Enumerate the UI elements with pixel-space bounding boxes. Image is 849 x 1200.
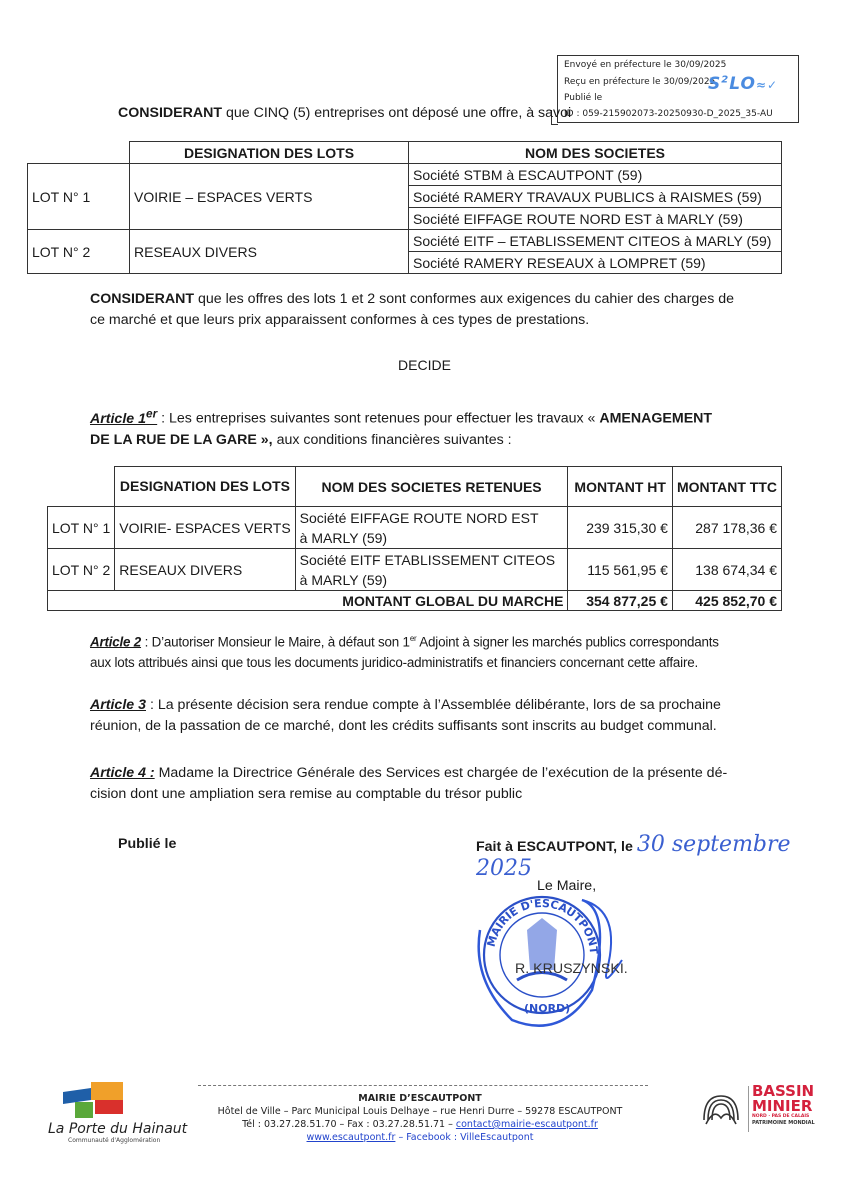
montant-ttc: 287 178,36 € — [672, 507, 781, 549]
societe-retenue: Société EIFFAGE ROUTE NORD ESTà MARLY (5… — [295, 507, 568, 549]
offers-table: DESIGNATION DES LOTS NOM DES SOCIETES LO… — [27, 141, 782, 274]
header-montant-ttc: MONTANT TTC — [672, 467, 781, 507]
considerant-1: CONSIDERANT que CINQ (5) entreprises ont… — [118, 103, 571, 124]
table-row: LOT N° 1 VOIRIE- ESPACES VERTS Société E… — [48, 507, 782, 549]
decide-heading: DECIDE — [0, 357, 849, 373]
total-ttc: 425 852,70 € — [672, 591, 781, 611]
total-ht: 354 877,25 € — [568, 591, 673, 611]
considerant-text-2: ce marché et que leurs prix apparaissent… — [90, 310, 734, 331]
empty-corner — [48, 467, 115, 507]
email-link[interactable]: contact@mairie-escautpont.fr — [456, 1119, 598, 1130]
footer-org: MAIRIE D’ESCAUTPONT — [150, 1092, 690, 1105]
societe: Société STBM à ESCAUTPONT (59) — [409, 164, 782, 186]
considerant-text: que CINQ (5) entreprises ont déposé une … — [222, 105, 571, 121]
footer-divider — [198, 1085, 648, 1086]
svg-text:(NORD): (NORD) — [524, 1002, 570, 1015]
societe: Société EITF – ETABLISSEMENT CITEOS à MA… — [409, 230, 782, 252]
article-1-label: Article 1er — [90, 411, 157, 427]
societe: Société RAMERY RESEAUX à LOMPRET (59) — [409, 252, 782, 274]
swoosh-icon: ≈✓ — [756, 78, 778, 92]
header-societes-retenues: NOM DES SOCIETES RETENUES — [295, 467, 568, 507]
societe: Société RAMERY TRAVAUX PUBLICS à RAISMES… — [409, 186, 782, 208]
total-label: MONTANT GLOBAL DU MARCHE — [48, 591, 568, 611]
article-1: Article 1er : Les entreprises suivantes … — [90, 403, 712, 451]
montant-ht: 239 315,30 € — [568, 507, 673, 549]
bassin-minier-logo: BASSIN MINIER NORD · PAS DE CALAIS PATRI… — [752, 1084, 815, 1127]
lot-number: LOT N° 1 — [48, 507, 115, 549]
awarded-table: DESIGNATION DES LOTS NOM DES SOCIETES RE… — [47, 466, 782, 611]
header-societes: NOM DES SOCIETES — [409, 142, 782, 164]
logo-divider — [748, 1086, 749, 1132]
website-link[interactable]: www.escautpont.fr — [307, 1132, 396, 1143]
empty-corner — [28, 142, 130, 164]
prefecture-stamp: Envoyé en préfecture le 30/09/2025 Reçu … — [557, 55, 799, 123]
lot-designation: VOIRIE – ESPACES VERTS — [130, 164, 409, 230]
considerant-keyword: CONSIDERANT — [118, 105, 222, 121]
facebook-link[interactable]: – Facebook : VilleEscautpont — [395, 1132, 533, 1143]
mayor-name: R. KRUSZYNSKI. — [515, 959, 628, 980]
considerant-2: CONSIDERANT que les offres des lots 1 et… — [90, 289, 734, 331]
footer-contact: Tél : 03.27.28.51.70 – Fax : 03.27.28.51… — [150, 1118, 690, 1131]
table-row: LOT N° 2 RESEAUX DIVERS Société EITF – E… — [28, 230, 782, 252]
lot-designation: RESEAUX DIVERS — [115, 549, 295, 591]
stamp-received: Reçu en préfecture le 30/09/2025 — [564, 77, 715, 87]
bassin-minier-fingerprint-icon — [700, 1090, 742, 1130]
lot-number: LOT N° 2 — [28, 230, 130, 274]
article-2: Article 2 : D’autoriser Monsieur le Mair… — [90, 628, 719, 673]
article-3: Article 3 : La présente décision sera re… — [90, 695, 721, 737]
header-designation: DESIGNATION DES LOTS — [130, 142, 409, 164]
considerant-keyword: CONSIDERANT — [90, 291, 194, 307]
societe: Société EIFFAGE ROUTE NORD EST à MARLY (… — [409, 208, 782, 230]
stamp-sent: Envoyé en préfecture le 30/09/2025 — [564, 60, 726, 70]
lot-number: LOT N° 2 — [48, 549, 115, 591]
stamp-id: ID : 059-215902073-20250930-D_2025_35-AU — [564, 109, 773, 119]
table-row: LOT N° 2 RESEAUX DIVERS Société EITF ETA… — [48, 549, 782, 591]
article-3-label: Article 3 — [90, 697, 146, 713]
footer-address: Hôtel de Ville – Parc Municipal Louis De… — [150, 1105, 690, 1118]
stamp-published: Publié le — [564, 93, 602, 103]
mayor-title: Le Maire, — [537, 876, 596, 897]
published-label: Publié le — [118, 834, 176, 855]
porte-du-hainaut-sub: Communauté d'Agglomération — [68, 1137, 160, 1144]
header-montant-ht: MONTANT HT — [568, 467, 673, 507]
article-4-label: Article 4 : — [90, 765, 155, 781]
considerant-text: que les offres des lots 1 et 2 sont conf… — [194, 291, 734, 307]
article-2-label: Article 2 — [90, 634, 141, 649]
table-row: LOT N° 1 VOIRIE – ESPACES VERTS Société … — [28, 164, 782, 186]
header-designation: DESIGNATION DES LOTS — [115, 467, 295, 507]
s2lo-logo: S2LO≈✓ — [708, 74, 778, 94]
footer-web: www.escautpont.fr – Facebook : VilleEsca… — [150, 1131, 690, 1144]
lot-designation: RESEAUX DIVERS — [130, 230, 409, 274]
lot-designation: VOIRIE- ESPACES VERTS — [115, 507, 295, 549]
societe-retenue: Société EITF ETABLISSEMENT CITEOSà MARLY… — [295, 549, 568, 591]
article-4: Article 4 : Madame la Directrice Général… — [90, 763, 727, 805]
montant-ht: 115 561,95 € — [568, 549, 673, 591]
total-row: MONTANT GLOBAL DU MARCHE 354 877,25 € 42… — [48, 591, 782, 611]
lot-number: LOT N° 1 — [28, 164, 130, 230]
montant-ttc: 138 674,34 € — [672, 549, 781, 591]
